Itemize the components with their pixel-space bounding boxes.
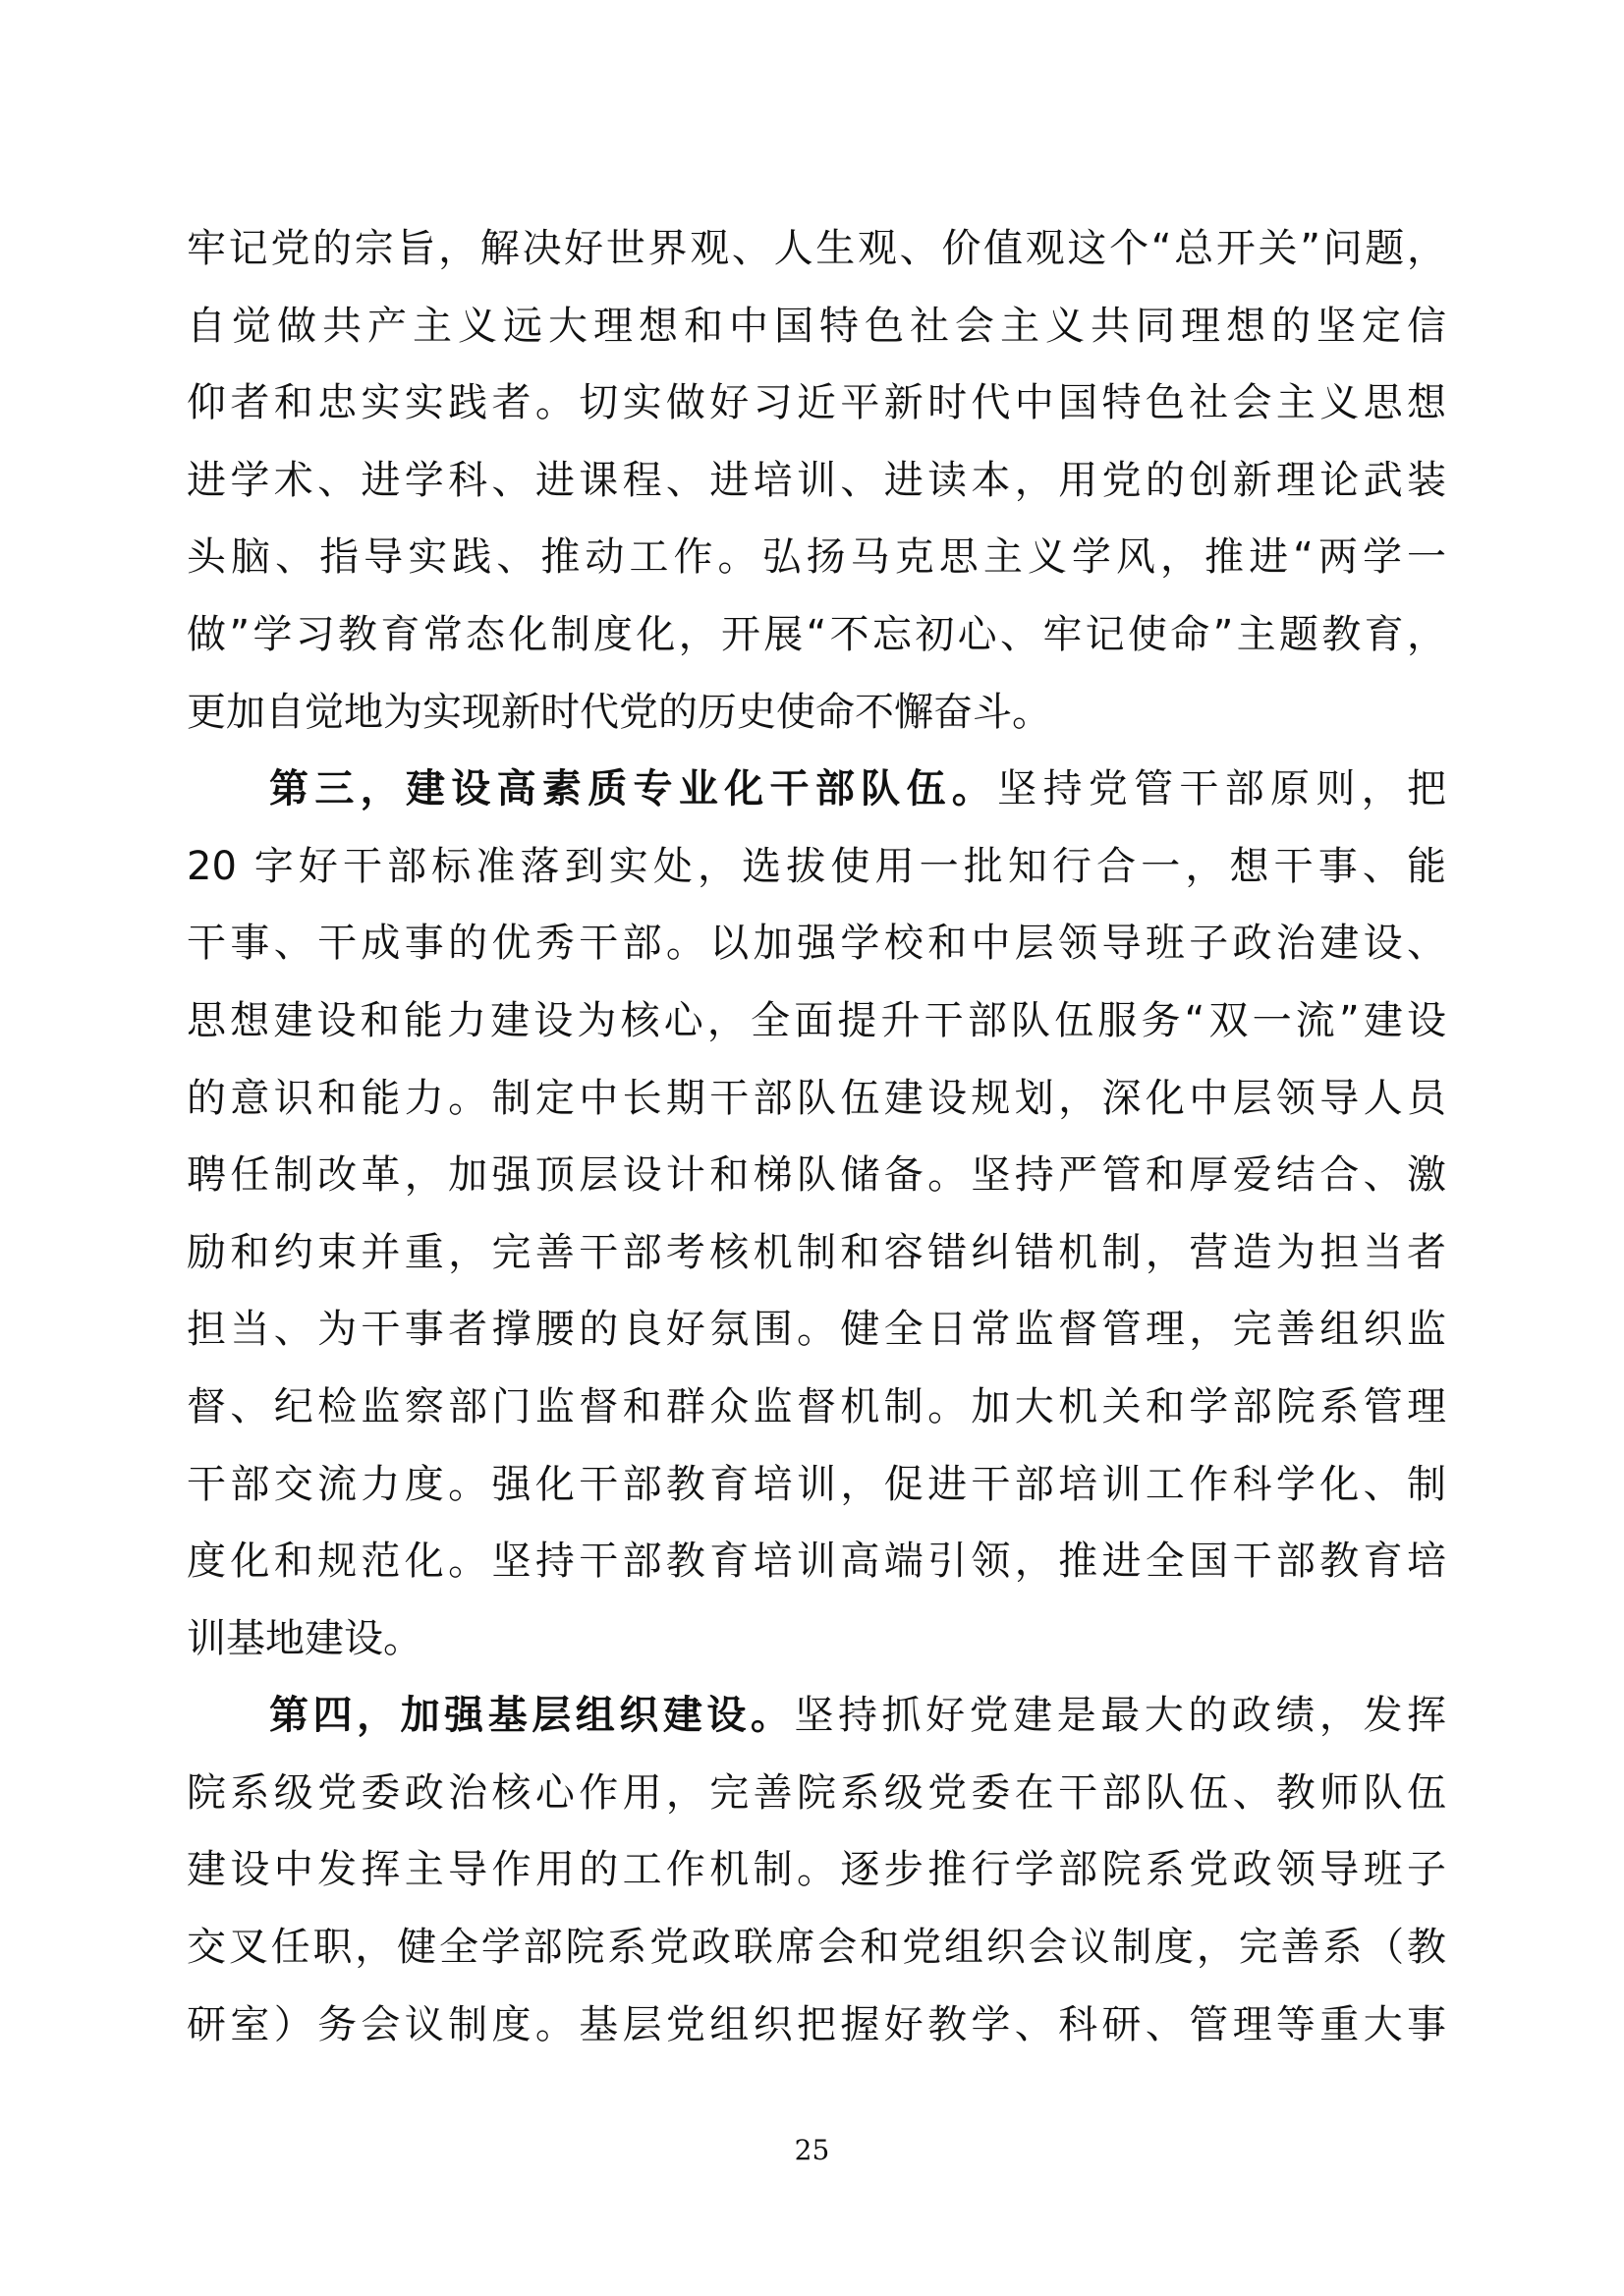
text-line: 牢记党的宗旨，解决好世界观、人生观、价值观这个“总开关”问题， (187, 210, 1446, 288)
text-line: 更加自觉地为实现新时代党的历史使命不懈奋斗。 (187, 674, 1446, 752)
text-line: 干部交流力度。强化干部教育培训，促进干部培训工作科学化、制 (187, 1446, 1446, 1524)
text-line-content: 坚持抓好党建是最大的政绩，发挥 (794, 1693, 1446, 1738)
text-line: 聘任制改革，加强顶层设计和梯队储备。坚持严管和厚爱结合、激 (187, 1137, 1446, 1214)
section-four-heading-line: 第四，加强基层组织建设。坚持抓好党建是最大的政绩，发挥 (187, 1677, 1446, 1755)
document-page: 牢记党的宗旨，解决好世界观、人生观、价值观这个“总开关”问题， 自觉做共产主义远… (0, 0, 1624, 2296)
text-line: 建设中发挥主导作用的工作机制。逐步推行学部院系党政领导班子 (187, 1831, 1446, 1909)
text-line: 做”学习教育常态化制度化，开展“不忘初心、牢记使命”主题教育， (187, 596, 1446, 674)
text-line: 院系级党委政治核心作用，完善院系级党委在干部队伍、教师队伍 (187, 1755, 1446, 1832)
text-line: 进学术、进学科、进课程、进培训、进读本，用党的创新理论武装 (187, 442, 1446, 520)
text-line: 自觉做共产主义远大理想和中国特色社会主义共同理想的坚定信 (187, 288, 1446, 365)
text-line: 交叉任职，健全学部院系党政联席会和党组织会议制度，完善系（教 (187, 1909, 1446, 1987)
section-three-heading: 第三，建设高素质专业化干部队伍。 (269, 766, 997, 812)
text-line: 20 字好干部标准落到实处，选拔使用一批知行合一，想干事、能 (187, 828, 1446, 906)
text-line: 的意识和能力。制定中长期干部队伍建设规划，深化中层领导人员 (187, 1060, 1446, 1138)
text-line-content: 坚持党管干部原则，把 (997, 766, 1446, 812)
text-line: 励和约束并重，完善干部考核机制和容错纠错机制，营造为担当者 (187, 1214, 1446, 1292)
text-line: 训基地建设。 (187, 1600, 1446, 1678)
body-text: 牢记党的宗旨，解决好世界观、人生观、价值观这个“总开关”问题， 自觉做共产主义远… (187, 210, 1446, 2063)
text-line: 头脑、指导实践、推动工作。弘扬马克思主义学风，推进“两学一 (187, 519, 1446, 596)
section-three-heading-line: 第三，建设高素质专业化干部队伍。坚持党管干部原则，把 (187, 751, 1446, 828)
page-number: 25 (0, 2134, 1624, 2166)
section-four-heading: 第四，加强基层组织建设。 (269, 1693, 794, 1738)
text-line: 度化和规范化。坚持干部教育培训高端引领，推进全国干部教育培 (187, 1523, 1446, 1600)
text-line: 仰者和忠实实践者。切实做好习近平新时代中国特色社会主义思想 (187, 364, 1446, 442)
text-line: 干事、干成事的优秀干部。以加强学校和中层领导班子政治建设、 (187, 905, 1446, 982)
text-line: 思想建设和能力建设为核心，全面提升干部队伍服务“双一流”建设 (187, 982, 1446, 1060)
text-line: 研室）务会议制度。基层党组织把握好教学、科研、管理等重大事 (187, 1987, 1446, 2064)
text-line: 督、纪检监察部门监督和群众监督机制。加大机关和学部院系管理 (187, 1369, 1446, 1446)
text-line: 担当、为干事者撑腰的良好氛围。健全日常监督管理，完善组织监 (187, 1291, 1446, 1369)
